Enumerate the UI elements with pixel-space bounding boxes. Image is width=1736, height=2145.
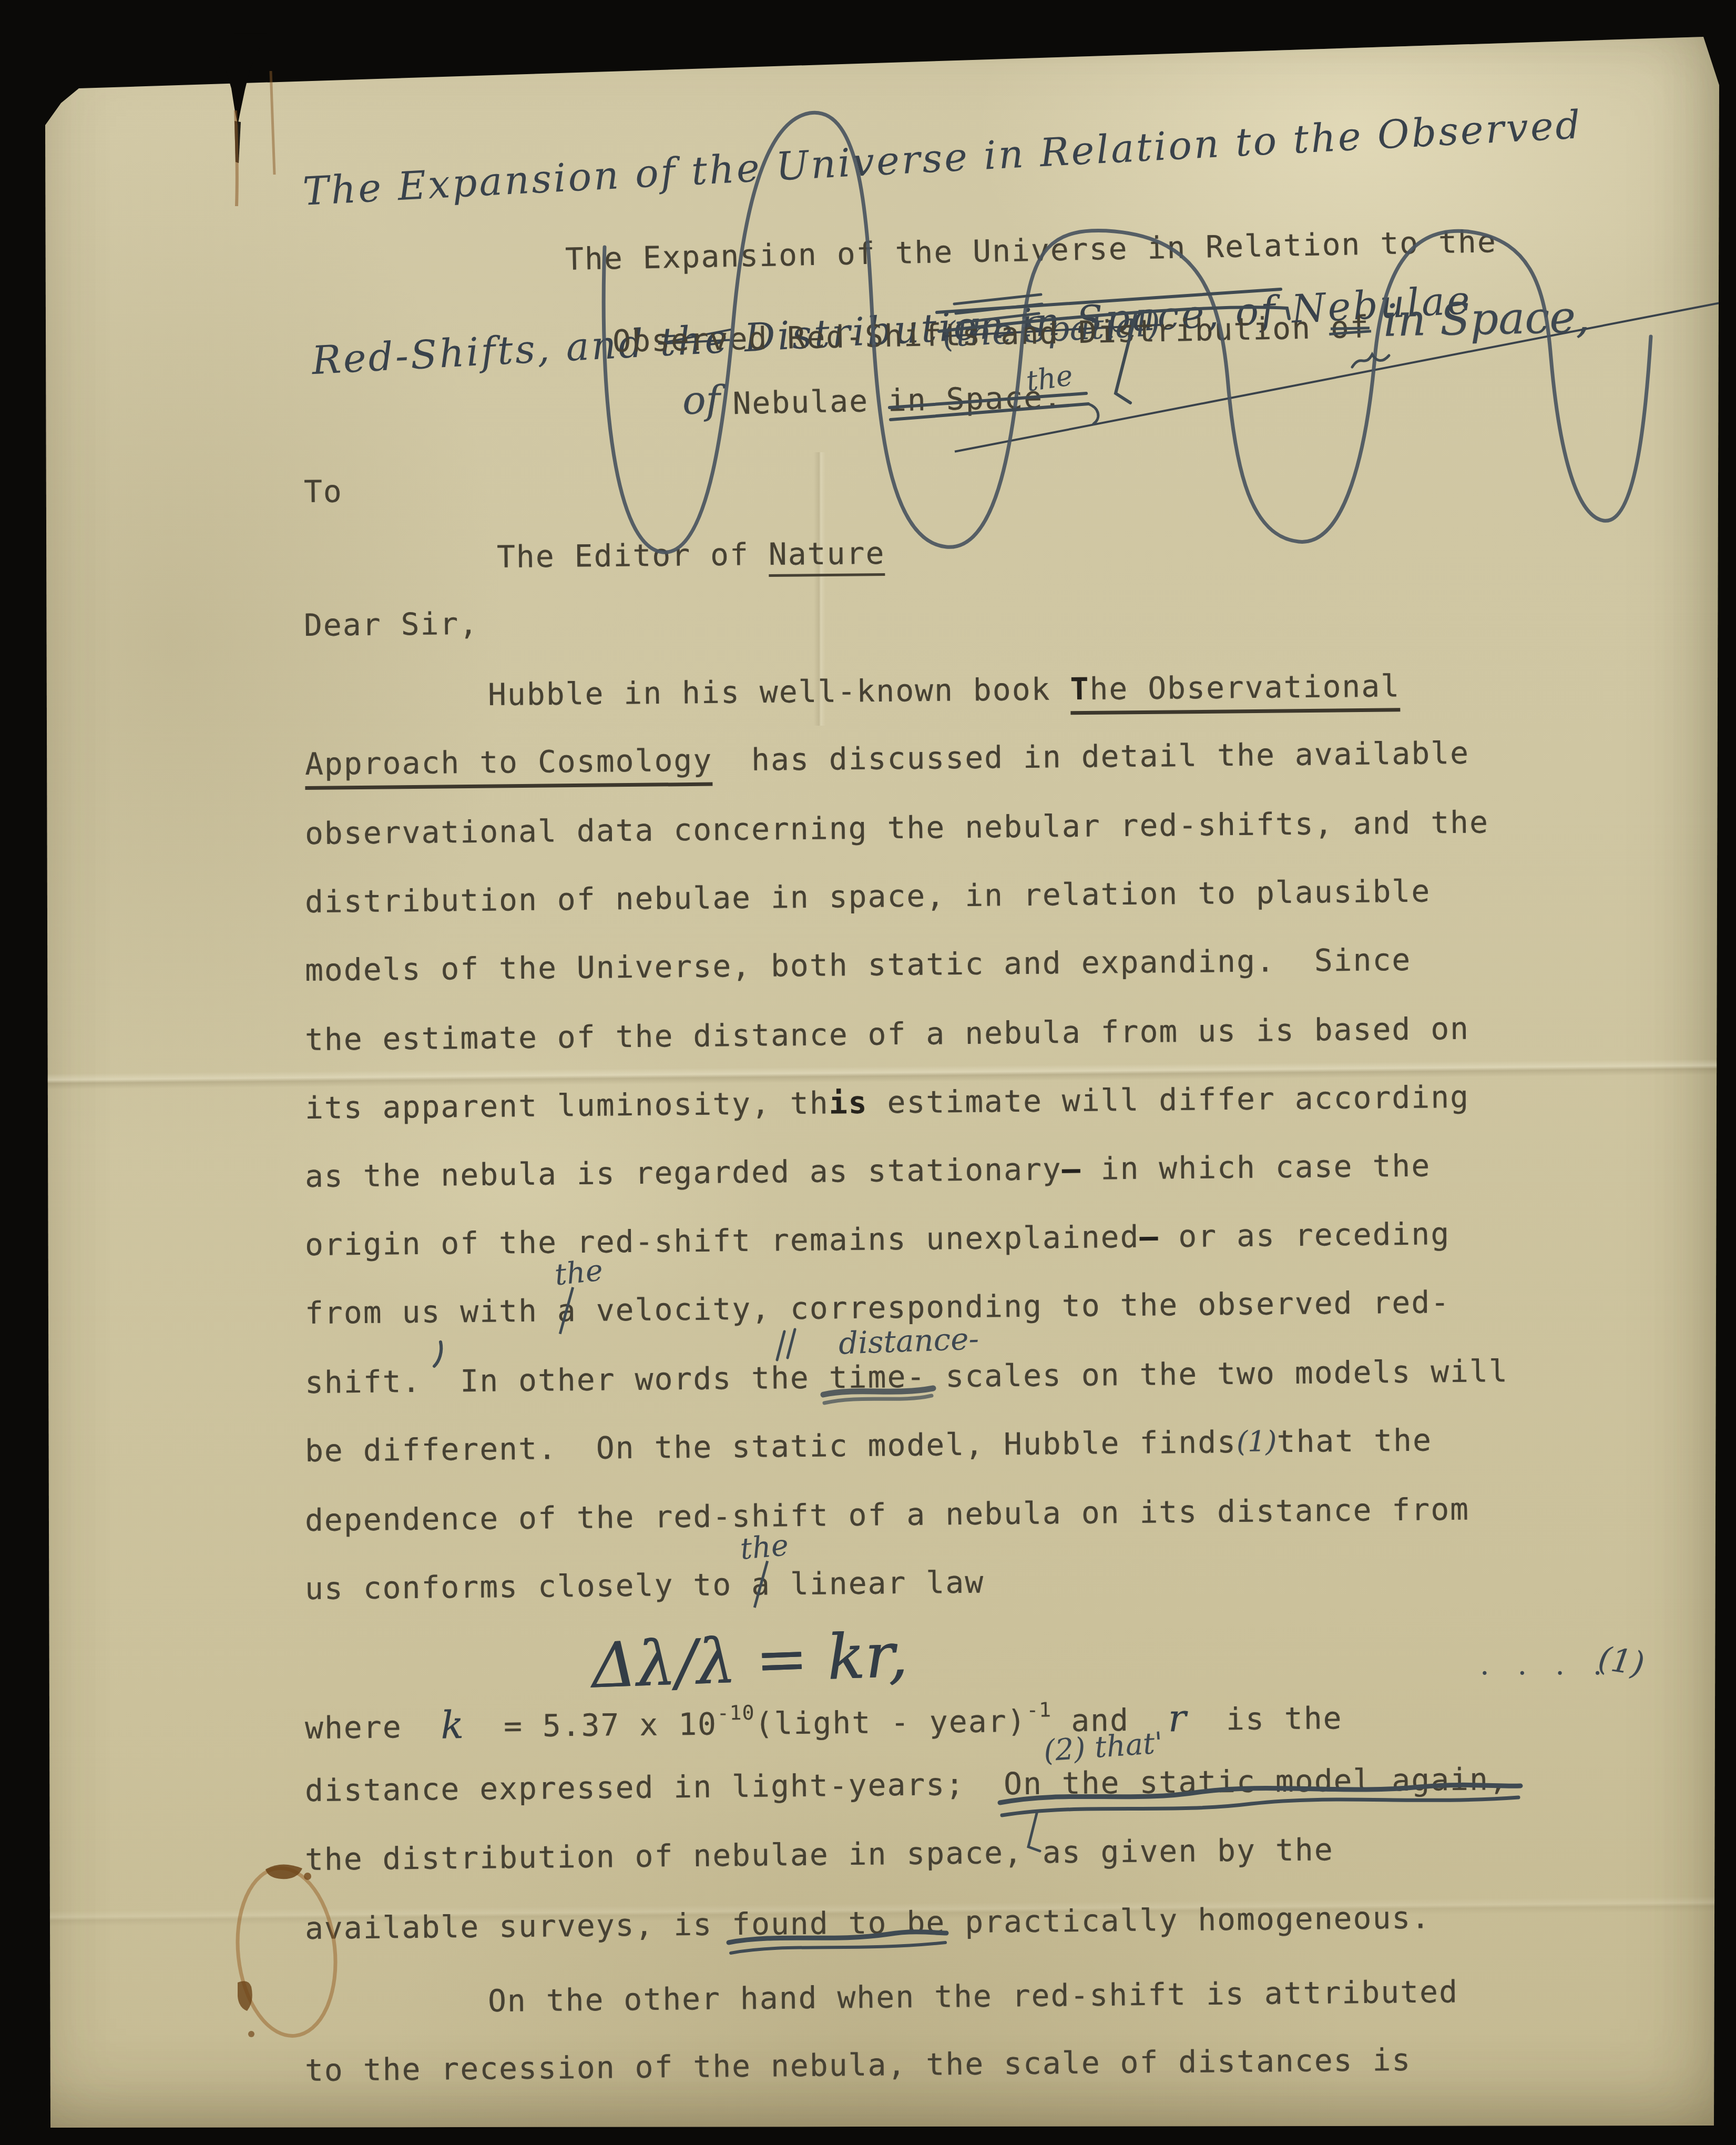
equation-formula: Δλ/λ = kr,	[590, 1619, 908, 1702]
struck-a-2: a	[751, 1566, 771, 1602]
book-title-part1: The Observational	[1070, 668, 1400, 715]
body-line-16: distance expressed in light-years; On th…	[305, 1762, 1509, 1808]
struck-in-space: in Space.	[887, 379, 1063, 418]
handwritten-in-space: in Space,	[1369, 291, 1590, 347]
body-line-5: models of the Universe, both static and …	[305, 942, 1412, 988]
body-line-1: Hubble in his well-known book The Observ…	[488, 668, 1401, 712]
struck-static-model: On the static model again,	[1004, 1761, 1509, 1802]
body-line-9: origin of the red-shift remains unexplai…	[305, 1216, 1451, 1263]
body-line-11: shift. In other words the time- scales o…	[305, 1354, 1509, 1400]
body-line-13: dependence of the red-shift of a nebula …	[305, 1492, 1470, 1538]
handwritten-k: k	[441, 1703, 465, 1747]
scanned-letter: The Expansion of the Universe in Relatio…	[0, 0, 1736, 2145]
insert-the-above-line10: the	[553, 1253, 605, 1292]
body-line-4: distribution of nebulae in space, in rel…	[305, 873, 1431, 919]
book-title-part2: Approach to Cosmology	[305, 743, 713, 790]
body-line-6: the estimate of the distance of a nebula…	[305, 1011, 1470, 1058]
body-line-17: the distribution of nebulae in space, as…	[305, 1832, 1334, 1877]
body-line-20: to the recession of the nebula, the scal…	[305, 2042, 1412, 2088]
insert-the-above-line14: the	[739, 1528, 790, 1567]
handwritten-r: r	[1168, 1696, 1187, 1740]
reference-mark-1: (1)	[1237, 1425, 1277, 1458]
body-line-3: observational data concerning the nebula…	[305, 805, 1489, 851]
struck-time: time-	[829, 1359, 926, 1396]
body-line-19: On the other hand when the red-shift is …	[488, 1974, 1459, 2018]
inked-dash: —	[1061, 1151, 1081, 1187]
insert-distance-above-line11: distance-	[838, 1320, 979, 1361]
inked-dash-2: —	[1139, 1218, 1159, 1254]
body-line-7: its apparent luminosity, this estimate w…	[305, 1080, 1470, 1126]
struck-word-of: of	[1330, 309, 1370, 345]
body-line-15: where k = 5.37 x 10-10(light - year)-1 a…	[305, 1694, 1343, 1747]
salutation-to: To	[304, 474, 343, 509]
struck-found-to-be: found to be	[732, 1904, 946, 1942]
typed-title-line3: of Nebulae in Space.	[682, 372, 1063, 424]
body-line-2: Approach to Cosmology has discussed in d…	[305, 736, 1470, 782]
addressee-line: The Editor of Nature	[497, 536, 885, 575]
paper-sheet: The Expansion of the Universe in Relatio…	[0, 0, 1736, 2145]
body-line-12: be different. On the static model, Hubbl…	[305, 1422, 1433, 1468]
body-line-8: as the nebula is regarded as stationary—…	[305, 1148, 1431, 1194]
overwritten-is: is	[829, 1085, 867, 1121]
body-line-14: us conforms closely to a linear law	[305, 1565, 985, 1607]
equation-number: (1)	[1596, 1639, 1647, 1683]
greeting: Dear Sir,	[304, 606, 479, 643]
journal-name: Nature	[769, 535, 885, 577]
exponent-minus1: -1	[1026, 1698, 1051, 1721]
equation-dots: · · · ·	[1480, 1656, 1612, 1691]
exponent-minus10: -10	[717, 1701, 755, 1725]
struck-a: a	[557, 1293, 577, 1328]
handwritten-of: of	[682, 377, 733, 423]
